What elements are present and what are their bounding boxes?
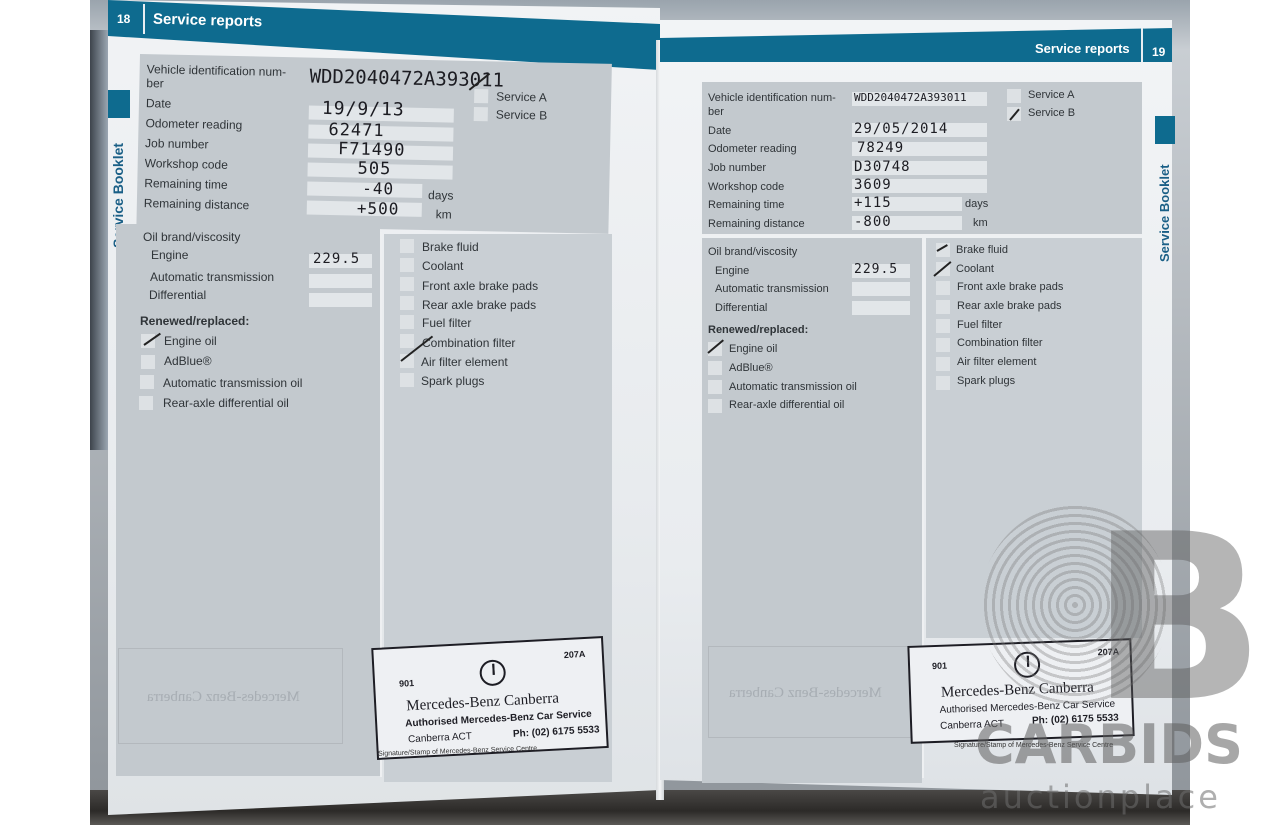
- stamp-line-2-left: Canberra ACT: [408, 731, 472, 745]
- date-label: Date: [146, 96, 172, 111]
- left-page-number: 18: [117, 12, 130, 26]
- front-brake-pads-checkbox[interactable]: [400, 277, 414, 291]
- rear-brake-pads-label: Rear axle brake pads: [422, 298, 536, 312]
- remaining-time-value: -40: [362, 179, 394, 199]
- vin-label: Vehicle identification num-: [708, 92, 836, 104]
- remaining-time-value: +115: [854, 195, 892, 211]
- adblue-label: AdBlue®: [729, 362, 773, 374]
- renewed-heading: Renewed/replaced:: [140, 314, 249, 328]
- spark-plugs-checkbox[interactable]: [936, 376, 950, 390]
- service-b-checkbox[interactable]: [474, 107, 488, 121]
- oil-engine-label: Engine: [715, 265, 749, 277]
- days-unit: days: [428, 188, 454, 203]
- left-header-title: Service reports: [153, 11, 263, 31]
- ghost-stamp: Mercedes-Benz Canberra: [118, 648, 343, 744]
- oil-transmission-label: Automatic transmission: [150, 270, 274, 284]
- job-number-value: D30748: [854, 159, 911, 175]
- workshop-code-label: Workshop code: [708, 181, 784, 193]
- service-a-checkbox[interactable]: [1007, 89, 1021, 103]
- coolant-checkbox[interactable]: [400, 258, 414, 272]
- adblue-checkbox[interactable]: [708, 361, 722, 375]
- differential-oil-checkbox[interactable]: [708, 399, 722, 413]
- brake-fluid-checkbox[interactable]: [400, 239, 414, 253]
- left-header-divider: [143, 4, 145, 34]
- remaining-time-label: Remaining time: [144, 176, 228, 192]
- brake-fluid-label: Brake fluid: [422, 240, 479, 254]
- odometer-value: 78249: [857, 140, 904, 156]
- right-side-tab-label: Service Booklet: [1157, 164, 1172, 262]
- km-unit: km: [973, 217, 988, 229]
- adblue-checkbox[interactable]: [141, 355, 155, 369]
- engine-oil-label: Engine oil: [729, 343, 777, 355]
- brake-fluid-label: Brake fluid: [956, 244, 1008, 256]
- date-value: 19/9/13: [322, 98, 405, 121]
- photo-edge: [90, 30, 110, 450]
- stamp-code-left: 901: [399, 678, 415, 689]
- front-brake-pads-label: Front axle brake pads: [422, 279, 538, 293]
- remaining-distance-label: Remaining distance: [708, 218, 805, 230]
- oil-transmission-field[interactable]: [309, 274, 372, 288]
- vin-label-cont: ber: [146, 76, 164, 90]
- right-header-title: Service reports: [1035, 41, 1130, 56]
- stamp-code-right: 207A: [564, 649, 586, 660]
- mercedes-star-icon: [479, 659, 506, 686]
- workshop-code-value: 3609: [854, 177, 892, 193]
- left-side-tab-block: [108, 90, 130, 118]
- oil-engine-value: 229.5: [313, 251, 360, 267]
- rear-brake-pads-checkbox[interactable]: [936, 300, 950, 314]
- right-side-tab-block: [1155, 116, 1175, 144]
- oil-heading: Oil brand/viscosity: [143, 230, 240, 244]
- oil-transmission-label: Automatic transmission: [715, 283, 829, 295]
- service-b-label: Service B: [1028, 107, 1075, 119]
- right-section-divider: [702, 234, 1142, 236]
- job-number-value: F71490: [338, 139, 406, 160]
- fuel-filter-checkbox[interactable]: [400, 315, 414, 329]
- date-label: Date: [708, 125, 731, 137]
- spark-plugs-label: Spark plugs: [421, 374, 484, 388]
- air-filter-checkbox[interactable]: [936, 357, 950, 371]
- oil-engine-value: 229.5: [854, 262, 898, 277]
- watermark-logo-letter: B: [1090, 505, 1265, 735]
- stamp-line-2-right: Ph: (02) 6175 5533: [513, 724, 600, 740]
- stamp-code-left: 901: [932, 661, 947, 672]
- combination-filter-checkbox[interactable]: [936, 338, 950, 352]
- right-oil-panel: Oil brand/viscosity Engine 229.5 Automat…: [702, 238, 922, 783]
- rear-brake-pads-label: Rear axle brake pads: [957, 300, 1062, 312]
- remaining-time-label: Remaining time: [708, 199, 784, 211]
- ghost-stamp: Mercedes-Benz Canberra: [708, 646, 913, 738]
- air-filter-label: Air filter element: [421, 355, 508, 369]
- fuel-filter-label: Fuel filter: [957, 319, 1002, 331]
- watermark-tagline: auctionplace: [980, 778, 1221, 816]
- service-a-label: Service A: [1028, 89, 1074, 101]
- front-brake-pads-checkbox[interactable]: [936, 281, 950, 295]
- oil-transmission-field[interactable]: [852, 282, 910, 296]
- left-vehicle-panel: Vehicle identification num- ber Date Odo…: [136, 54, 611, 234]
- air-filter-label: Air filter element: [957, 356, 1036, 368]
- oil-differential-field[interactable]: [852, 301, 910, 315]
- right-page-number: 19: [1152, 45, 1165, 59]
- ghost-stamp-text: Mercedes-Benz Canberra: [729, 685, 882, 702]
- spark-plugs-checkbox[interactable]: [400, 373, 414, 387]
- km-unit: km: [436, 207, 452, 221]
- oil-differential-label: Differential: [149, 288, 206, 302]
- differential-oil-label: Rear-axle differential oil: [163, 396, 289, 410]
- combination-filter-checkbox[interactable]: [400, 334, 414, 348]
- differential-oil-label: Rear-axle differential oil: [729, 399, 844, 411]
- transmission-oil-label: Automatic transmission oil: [163, 376, 302, 390]
- date-value: 29/05/2014: [854, 121, 948, 137]
- fuel-filter-checkbox[interactable]: [936, 319, 950, 333]
- watermark-brand: CARBIDS: [975, 713, 1243, 776]
- vin-value: WDD2040472A393011: [309, 66, 504, 92]
- odometer-label: Odometer reading: [708, 143, 797, 155]
- oil-differential-label: Differential: [715, 302, 767, 314]
- left-dealer-stamp: 901 207A Mercedes-Benz Canberra Authoris…: [371, 636, 609, 760]
- right-header-divider: [1141, 28, 1143, 62]
- transmission-oil-label: Automatic transmission oil: [729, 381, 857, 393]
- ghost-stamp-text: Mercedes-Benz Canberra: [147, 689, 300, 706]
- oil-engine-label: Engine: [151, 248, 188, 262]
- engine-oil-label: Engine oil: [164, 334, 217, 348]
- job-number-label: Job number: [708, 162, 766, 174]
- transmission-oil-checkbox[interactable]: [708, 380, 722, 394]
- oil-differential-field[interactable]: [309, 293, 372, 307]
- combination-filter-label: Combination filter: [422, 336, 515, 350]
- job-number-label: Job number: [145, 136, 209, 151]
- fuel-filter-label: Fuel filter: [422, 316, 471, 330]
- left-oil-panel: Oil brand/viscosity Engine 229.5 Automat…: [116, 224, 380, 776]
- combination-filter-label: Combination filter: [957, 337, 1043, 349]
- renewed-heading: Renewed/replaced:: [708, 324, 808, 336]
- vin-value: WDD2040472A393011: [854, 91, 967, 104]
- remaining-distance-value: +500: [357, 199, 400, 219]
- transmission-oil-checkbox[interactable]: [140, 375, 154, 389]
- remaining-distance-value: -800: [854, 214, 892, 230]
- service-a-label: Service A: [496, 89, 547, 104]
- odometer-value: 62471: [328, 120, 385, 141]
- adblue-label: AdBlue®: [164, 354, 212, 368]
- remaining-distance-label: Remaining distance: [144, 196, 250, 212]
- odometer-label: Odometer reading: [145, 116, 242, 132]
- vin-label: Vehicle identification num-: [147, 62, 287, 79]
- right-vehicle-panel: Vehicle identification num- ber Date Odo…: [702, 82, 1142, 234]
- front-brake-pads-label: Front axle brake pads: [957, 281, 1063, 293]
- days-unit: days: [965, 198, 988, 210]
- coolant-label: Coolant: [956, 263, 994, 275]
- workshop-code-value: 505: [357, 159, 391, 180]
- spark-plugs-label: Spark plugs: [957, 375, 1015, 387]
- differential-oil-checkbox[interactable]: [139, 396, 153, 410]
- rear-brake-pads-checkbox[interactable]: [400, 296, 414, 310]
- oil-heading: Oil brand/viscosity: [708, 246, 797, 258]
- service-b-label: Service B: [496, 107, 548, 122]
- coolant-label: Coolant: [422, 259, 463, 273]
- workshop-code-label: Workshop code: [145, 156, 228, 172]
- service-a-checkbox[interactable]: [474, 89, 488, 103]
- vin-label-cont: ber: [708, 106, 724, 118]
